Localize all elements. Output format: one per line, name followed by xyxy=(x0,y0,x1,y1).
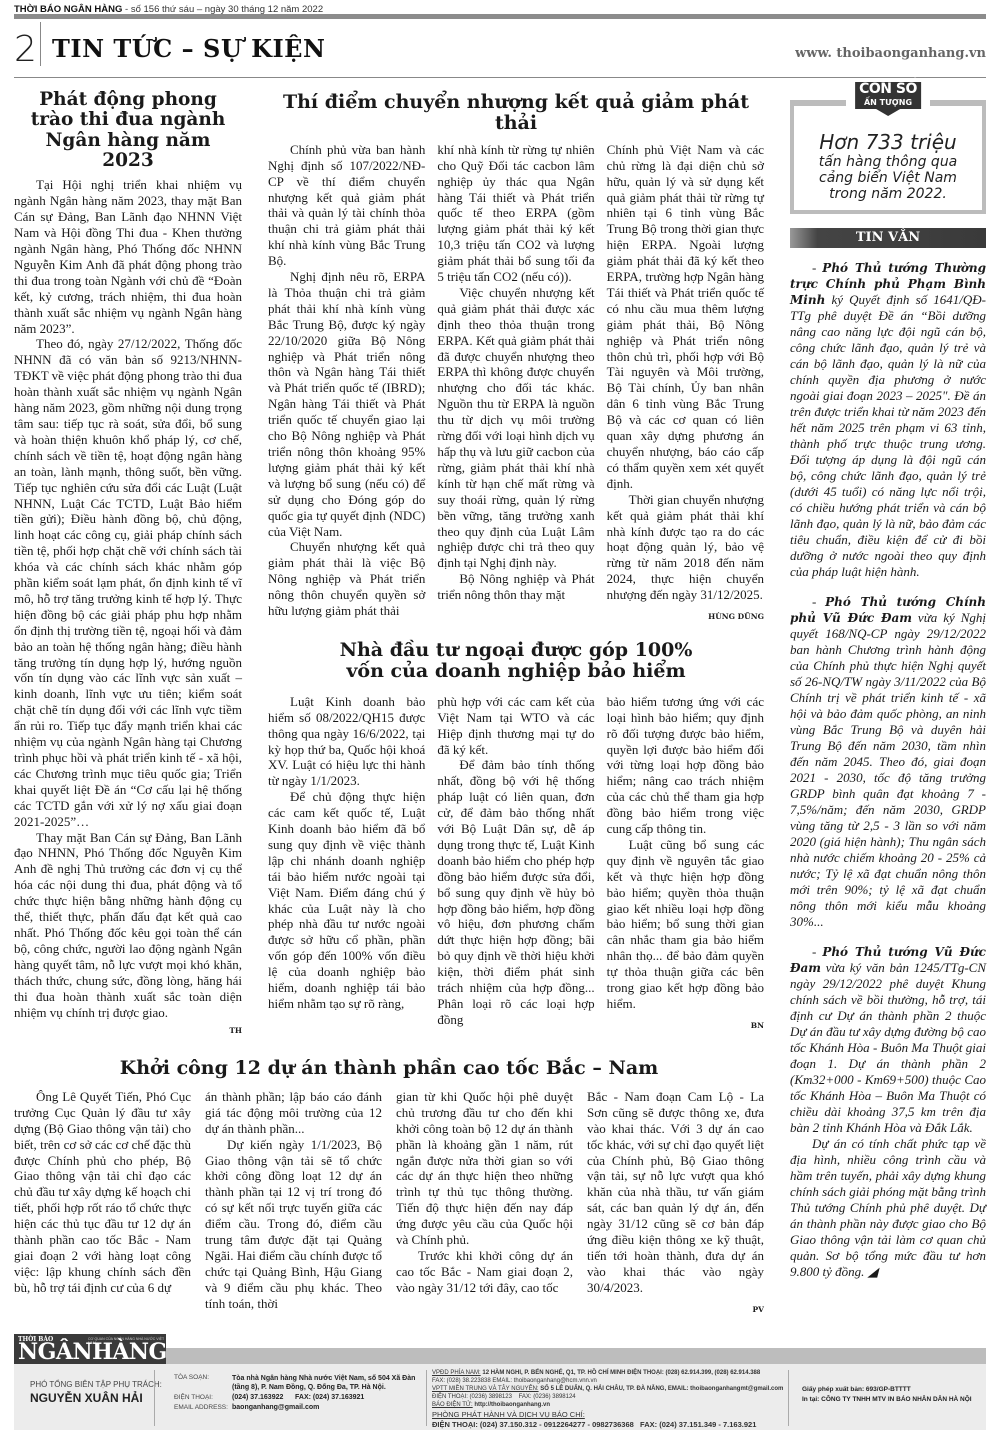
paragraph: Để đảm bảo tính thống nhất, đồng bộ với … xyxy=(437,757,594,1027)
paragraph: Tại Hội nghị triển khai nhiệm vụ ngành N… xyxy=(14,177,242,336)
featured-figure-box: CON SỐ ẤN TƯỢNG Hơn 733 triệu tấn hàng t… xyxy=(790,104,986,214)
brief-item: - Phó Thủ tướng Vũ Đức Đam vừa ký văn bả… xyxy=(790,944,986,1136)
editor-label: PHÓ TỔNG BIÊN TẬP PHỤ TRÁCH: xyxy=(30,1380,162,1389)
footer-rule xyxy=(166,1348,986,1364)
column: Chính phủ vừa ban hành Nghị định số 107/… xyxy=(268,142,425,625)
badge-bottom: ẤN TƯỢNG xyxy=(855,97,921,109)
paragraph: Luật cũng bổ sung các quy định về nguyên… xyxy=(607,837,764,1012)
paragraph: Việc chuyển nhượng kết quả giảm phát thả… xyxy=(437,285,594,571)
badge-arrow-icon xyxy=(876,109,900,116)
south-office-fax: FAX: (028) 38.223838 EMAIL: thoibaonganh… xyxy=(432,1378,597,1384)
column: gian từ khi Quốc hội phê duyệt chủ trươn… xyxy=(396,1089,573,1318)
byline: HÙNG DŨNG xyxy=(607,609,764,625)
paragraph: Luật Kinh doanh bảo hiểm số 08/2022/QH15… xyxy=(268,694,425,789)
byline: TH xyxy=(14,1026,242,1035)
printer-info: In tại: CÔNG TY TNHH MTV IN BÁO NHÂN DÂN… xyxy=(802,1396,972,1403)
figure-caption: tấn hàng thông qua cảng biển Việt Nam tr… xyxy=(800,154,976,202)
brief-text: ký Quyết định số 1641/QĐ-TTg phê duyệt Đ… xyxy=(790,292,986,579)
brief-item: - Phó Thủ tướng Thường trực Chính phủ Ph… xyxy=(790,260,986,580)
right-sidebar: CON SỐ ẤN TƯỢNG Hơn 733 triệu tấn hàng t… xyxy=(790,88,986,1280)
paper-logo: THỜI BÁO CƠ QUAN CỦA NGÂN HÀNG NHÀ NƯỚC … xyxy=(14,1334,166,1364)
article-expressway: Khởi công 12 dự án thành phần cao tốc Bắ… xyxy=(14,1058,764,1318)
logo-main: NGÂNHÀNG xyxy=(18,1340,167,1364)
email-value[interactable]: baonganhang@gmail.com xyxy=(232,1404,319,1411)
paragraph: Thời gian chuyển nhượng kết quả giảm phá… xyxy=(607,492,764,603)
headline: Thí điểm chuyển nhượng kết quả giảm phát… xyxy=(268,92,764,134)
section-title: TIN TỨC – SỰ KIỆN xyxy=(52,34,325,63)
brief-item: - Phó Thủ tướng Chính phủ Vũ Đức Đam vừa… xyxy=(790,594,986,930)
paragraph: bảo hiểm tương ứng với các loại hình bảo… xyxy=(607,694,764,837)
footer-imprint: THỜI BÁO CƠ QUAN CỦA NGÂN HÀNG NHÀ NƯỚC … xyxy=(14,1334,986,1432)
article-insurance: Nhà đầu tư ngoại được góp 100% vốn của d… xyxy=(268,640,764,1034)
column: Ông Lê Quyết Tiến, Phó Cục trưởng Cục Qu… xyxy=(14,1089,191,1318)
featured-figure: Hơn 733 triệu xyxy=(800,130,976,154)
paragraph: khí nhà kính từ rừng tự nhiên cho Quỹ Đố… xyxy=(437,142,594,285)
badge-top: CON SỐ xyxy=(855,82,921,97)
page-number: 2 xyxy=(14,30,37,70)
paragraph: Thay mặt Ban Cán sự Đảng, Ban Lãnh đạo N… xyxy=(14,830,242,1021)
online-url[interactable]: http://thoibaonganhang.vn xyxy=(473,1402,550,1408)
briefs-title: TIN VẮN xyxy=(790,228,986,248)
divider xyxy=(788,1370,789,1426)
paragraph: Ông Lê Quyết Tiến, Phó Cục trưởng Cục Qu… xyxy=(14,1089,191,1296)
brief-text: Dự án có tính chất phức tạp về địa hình,… xyxy=(790,1136,986,1279)
column: phù hợp với các cam kết của Việt Nam tại… xyxy=(437,694,594,1034)
headline: Nhà đầu tư ngoại được góp 100% vốn của d… xyxy=(268,640,764,682)
paragraph: án thành phần; lập báo cáo đánh giá tác … xyxy=(205,1089,382,1137)
paragraph: Chính phủ vừa ban hành Nghị định số 107/… xyxy=(268,142,425,269)
paragraph: Trước khi khởi công dự án cao tốc Bắc - … xyxy=(396,1248,573,1296)
con-so-an-tuong-badge: CON SỐ ẤN TƯỢNG xyxy=(851,82,925,116)
office-address: Tòa nhà Ngân hàng Nhà nước Việt Nam, số … xyxy=(232,1374,422,1392)
paragraph: Để chủ động thực hiện các cam kết quốc t… xyxy=(268,789,425,1012)
phone-value: (024) 37.163922 FAX: (024) 37.163921 xyxy=(232,1394,364,1401)
office-label: TÒA SOẠN: xyxy=(174,1374,209,1381)
paragraph: Bắc - Nam đoạn Cam Lộ - La Sơn cũng sẽ đ… xyxy=(587,1089,764,1296)
central-office-value: SỐ 5 LÊ DUẨN, Q. HẢI CHÂU, TP. ĐÀ NẴNG, … xyxy=(539,1386,784,1392)
column: Chính phủ Việt Nam và các chủ rừng là đạ… xyxy=(607,142,764,625)
footer-body: PHÓ TỔNG BIÊN TẬP PHỤ TRÁCH: NGUYỄN XUÂN… xyxy=(14,1364,986,1430)
paragraph: Theo đó, ngày 27/12/2022, Thống đốc NHNN… xyxy=(14,336,242,829)
south-office-value: 12 HÀM NGHI, P. BẾN NGHÉ, Q1, TP. HỒ CHÍ… xyxy=(481,1370,761,1376)
article-emissions: Thí điểm chuyển nhượng kết quả giảm phát… xyxy=(268,92,764,625)
column: khí nhà kính từ rừng tự nhiên cho Quỹ Đố… xyxy=(437,142,594,625)
paragraph: Dự kiến ngày 1/1/2023, Bộ Giao thông vận… xyxy=(205,1137,382,1312)
paragraph: Nghị định nêu rõ, ERPA là Thỏa thuận chi… xyxy=(268,269,425,539)
headline: Khởi công 12 dự án thành phần cao tốc Bắ… xyxy=(14,1058,764,1079)
distribution-phone: ĐIỆN THOẠI: (024) 37.150.312 - 091226427… xyxy=(432,1420,756,1429)
brief-item-continued: Dự án có tính chất phức tạp về địa hình,… xyxy=(790,1136,986,1280)
column: Luật Kinh doanh bảo hiểm số 08/2022/QH15… xyxy=(268,694,425,1034)
paragraph: gian từ khi Quốc hội phê duyệt chủ trươn… xyxy=(396,1089,573,1248)
headline: Phát động phong trào thi đua ngành Ngân … xyxy=(14,90,242,171)
central-office-label: VPTT MIỀN TRUNG VÀ TÂY NGUYÊN: xyxy=(432,1386,539,1392)
column: án thành phần; lập báo cáo đánh giá tác … xyxy=(205,1089,382,1318)
article-emulation: Phát động phong trào thi đua ngành Ngân … xyxy=(14,90,242,1035)
brief-text: vừa ký văn bản 1245/TTg-CN ngày 29/12/20… xyxy=(790,960,986,1135)
article-body: Tại Hội nghị triển khai nhiệm vụ ngành N… xyxy=(14,177,242,1020)
central-office-phone: ĐIỆN THOẠI: (0236) 3898123 FAX: (0236) 3… xyxy=(432,1394,576,1400)
top-rule xyxy=(14,14,986,19)
distribution-label: PHÒNG PHÁT HÀNH VÀ DỊCH VỤ BÁO CHÍ: xyxy=(432,1410,585,1419)
byline: PV xyxy=(587,1302,764,1318)
brief-text: vừa ký Nghị quyết 168/NQ-CP ngày 29/12/2… xyxy=(790,610,986,929)
divider xyxy=(426,1370,427,1426)
paragraph: Chuyển nhượng kết quả giảm phát thải là … xyxy=(268,539,425,619)
end-mark-icon: ◢ xyxy=(868,1264,878,1279)
phone-label: ĐIỆN THOẠI: xyxy=(174,1394,213,1401)
divider xyxy=(154,1370,155,1426)
page-header: 2 TIN TỨC – SỰ KIỆN www. thoibaonganhang… xyxy=(14,22,986,78)
paragraph: Bộ Nông nghiệp và Phát triển nông thôn t… xyxy=(437,571,594,603)
online-label: BÁO ĐIỆN TỬ: xyxy=(432,1402,473,1408)
divider xyxy=(40,22,41,66)
paragraph: Chính phủ Việt Nam và các chủ rừng là đạ… xyxy=(607,142,764,492)
column: Bắc - Nam đoạn Cam Lộ - La Sơn cũng sẽ đ… xyxy=(587,1089,764,1318)
email-label: EMAIL ADDRESS: xyxy=(174,1404,228,1411)
paragraph: phù hợp với các cam kết của Việt Nam tại… xyxy=(437,694,594,758)
website-link[interactable]: www. thoibaonganhang.vn xyxy=(795,46,986,61)
editor-name: NGUYỄN XUÂN HẢI xyxy=(30,1391,143,1405)
column: bảo hiểm tương ứng với các loại hình bảo… xyxy=(607,694,764,1034)
byline: BN xyxy=(607,1018,764,1034)
south-office-label: VPĐD PHÍA NAM: xyxy=(432,1370,481,1376)
briefs-list: - Phó Thủ tướng Thường trực Chính phủ Ph… xyxy=(790,260,986,1280)
publishing-license: Giấy phép xuất bản: 693/GP-BTTTT xyxy=(802,1386,911,1393)
